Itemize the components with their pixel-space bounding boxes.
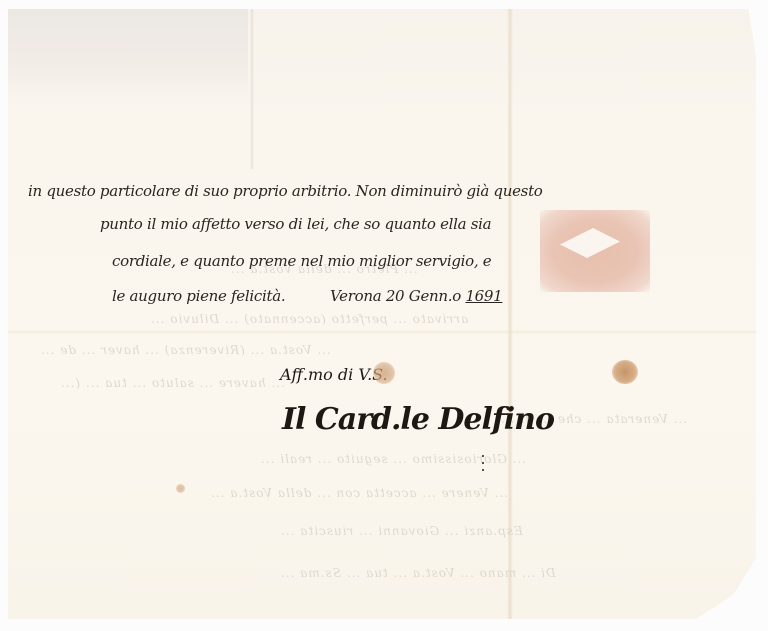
dateline-month: Genn.o [409,287,461,305]
show-through-line: ... Venere ... accetta con ... della Vos… [210,486,508,500]
letter-line-3: cordiale, e quanto preme nel mio miglior… [112,252,491,270]
show-through-line: ... Vost.a ... (Riverenza) ... haver ...… [40,343,331,357]
horizontal-fold-crease [8,330,756,334]
dateline: Verona 20 Genn.o 1691 [330,287,502,305]
show-through-line: Esp.anzi ... Giovanni ... riuscita ... [280,524,523,538]
dateline-year: 1691 [465,287,502,305]
show-through-line: arrivato ... perfetto (accennato) ... Di… [150,312,468,326]
dateline-place: Verona [330,287,381,305]
show-through-line: ... havere ... saluto ... tua ... (... [60,376,285,390]
letter-line-2: punto il mio affetto verso di lei, che s… [100,215,491,233]
signature-dots [482,455,485,476]
signature: Il Card.le Delfino [282,402,554,437]
letter-line-4: le auguro piene felicità. [112,287,285,305]
small-stain [176,484,185,493]
show-through-line: ... Gloriosissimo ... seguito ... reali … [260,452,526,466]
show-through-line: Di ... mano ... Vost.a ... tua ... Ss.ma… [280,566,556,580]
ink-stain [373,362,395,384]
upper-fold-crease [250,9,254,169]
closing-formula: Aff.mo di V.S. [280,365,388,384]
dateline-day: 20 [386,287,405,305]
paper-discoloration [8,9,248,99]
letter-line-1: in questo particolare di suo proprio arb… [28,182,543,200]
foxing-stain [612,360,638,384]
